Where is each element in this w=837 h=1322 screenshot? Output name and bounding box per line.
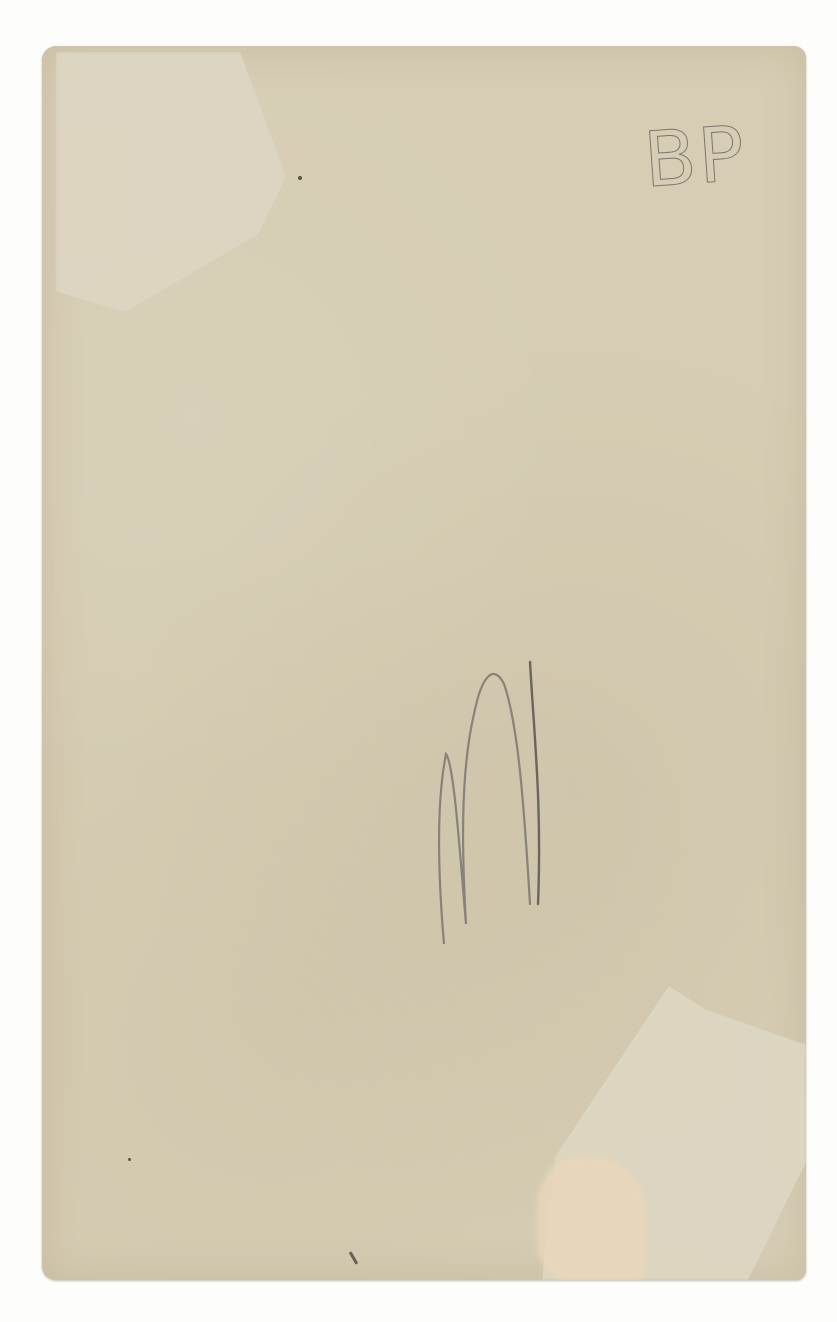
card-back: BP: [42, 46, 806, 1280]
speck: [298, 176, 302, 180]
speck: [128, 1158, 131, 1161]
pencil-annotation-m: [434, 654, 554, 944]
stain-bottom: [537, 1156, 647, 1280]
pencil-annotation-bp: BP: [641, 109, 749, 205]
speck: [349, 1251, 359, 1265]
worn-patch-top-left: [56, 52, 286, 312]
